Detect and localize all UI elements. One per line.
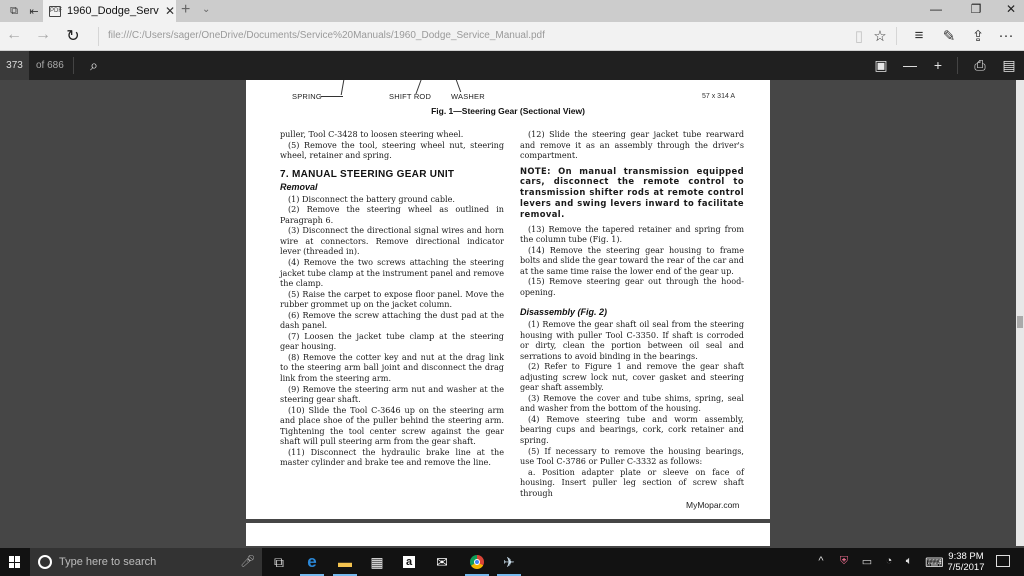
step: (11) Disconnect the hydraulic brake line… [280,447,504,468]
web-note-pen-icon[interactable]: ✎ [939,27,959,45]
paragraph: (5) Remove the tool, steering wheel nut,… [280,140,504,161]
title-bar: ⧉ ⇤ PDF 1960_Dodge_Service_M ✕ + ⌄ — ❐ ✕ [0,0,1024,22]
forward-button[interactable]: → [33,26,53,44]
step: (7) Loosen the jacket tube clamp at the … [280,331,504,352]
pdf-favicon-icon: PDF [49,6,61,17]
start-button[interactable] [0,548,30,576]
step: a. Position adapter plate or sleeve on f… [520,467,744,499]
left-column: puller, Tool C-3428 to loosen steering w… [280,129,504,468]
subsection-heading: Removal [280,182,504,193]
print-icon[interactable]: ⎙ [970,56,990,74]
step: (12) Slide the steering gear jacket tube… [520,129,744,161]
step: (4) Remove the two screws attaching the … [280,257,504,289]
figure-label: SPRING [292,92,322,101]
note-callout: NOTE: On manual transmission equipped ca… [520,166,744,220]
refresh-button[interactable]: ↻ [63,26,83,46]
time: 9:38 PM [946,551,986,562]
step: (6) Remove the screw attaching the dust … [280,310,504,331]
step: (1) Disconnect the battery ground cable. [280,194,504,205]
step: (2) Refer to Figure 1 and remove the gea… [520,361,744,393]
step: (9) Remove the steering arm nut and wash… [280,384,504,405]
step: (14) Remove the steering gear housing to… [520,245,744,277]
step: (3) Disconnect the directional signal wi… [280,225,504,257]
tab-list-chevron-icon[interactable]: ⌄ [202,4,210,15]
scrollbar[interactable] [1016,80,1024,546]
fit-page-icon[interactable]: ▣ [871,56,891,74]
date: 7/5/2017 [946,562,986,573]
step: (15) Remove steering gear out through th… [520,276,744,297]
task-view-icon[interactable]: ⧉ [264,548,294,576]
microphone-icon[interactable]: 🎤︎ [240,554,255,568]
maximize-button[interactable]: ❐ [966,2,986,16]
amazon-icon[interactable]: a [394,548,424,576]
step: (10) Slide the Tool C-3646 up on the ste… [280,405,504,447]
watermark: MyMopar.com [686,500,739,510]
tab-preview-icon[interactable]: ⧉ [6,3,22,19]
right-column: (12) Slide the steering gear jacket tube… [520,129,744,498]
favorite-star-icon[interactable]: ☆ [870,27,890,45]
divider [73,57,74,74]
figure-leader-line [321,96,343,97]
subsection-heading: Disassembly (Fig. 2) [520,307,744,318]
search-icon[interactable]: ⌕ [84,56,104,74]
touch-keyboard-icon[interactable]: ⌨ [925,555,943,571]
taskbar-search-box[interactable]: Type here to search 🎤︎ [30,548,262,576]
step: (4) Remove steering tube and worm assemb… [520,414,744,446]
zoom-in-button[interactable]: + [928,56,948,74]
next-pdf-page [246,523,770,546]
step: (5) If necessary to remove the housing b… [520,446,744,467]
reading-view-icon[interactable]: ▯ [849,27,869,45]
share-icon[interactable]: ⇪ [968,27,988,45]
minimize-button[interactable]: — [926,2,946,16]
tab-pdf[interactable]: PDF 1960_Dodge_Service_M ✕ [43,0,176,22]
address-bar-row: ← → ↻ file:///C:/Users/sager/OneDrive/Do… [0,22,1024,51]
hub-icon[interactable]: ≡ [909,27,929,44]
page-number-input[interactable]: 373 [0,51,29,80]
close-window-button[interactable]: ✕ [1001,2,1021,16]
tab-close-icon[interactable]: ✕ [165,4,175,18]
page-total: of 686 [36,60,64,71]
step: (1) Remove the gear shaft oil seal from … [520,319,744,361]
pdf-viewer[interactable]: SPRING SHIFT ROD WASHER 57 x 314 A Fig. … [0,80,1024,546]
mail-icon[interactable]: ✉ [427,548,457,576]
back-button[interactable]: ← [4,26,24,44]
more-options-icon[interactable]: ··· [996,27,1016,44]
figure-label: SHIFT ROD [389,92,431,101]
store-icon[interactable]: ▦ [362,548,392,576]
clock[interactable]: 9:38 PM 7/5/2017 [946,551,986,573]
chrome-icon[interactable] [462,548,492,576]
figure-leader-line [456,80,461,92]
edge-icon[interactable]: e [297,548,327,576]
save-icon[interactable]: ▤ [999,56,1019,74]
amazon-glyph: a [403,556,415,568]
windows-logo-icon [9,556,21,568]
security-shield-icon[interactable]: ⛨ [835,555,853,568]
figure-leader-line [341,80,345,95]
divider [957,57,958,74]
scrollbar-thumb[interactable] [1017,316,1023,328]
divider [98,27,99,46]
battery-icon[interactable]: ▭ [858,555,876,568]
file-explorer-icon[interactable]: ▬ [330,548,360,576]
figure-label: WASHER [451,92,485,101]
divider [896,27,897,45]
address-input[interactable]: file:///C:/Users/sager/OneDrive/Document… [108,30,545,41]
new-tab-button[interactable]: + [181,1,190,19]
step: (2) Remove the steering wheel as outline… [280,204,504,225]
volume-icon[interactable]: 🔈︎ [900,555,918,568]
set-aside-tabs-icon[interactable]: ⇤ [26,3,42,19]
step: (8) Remove the cotter key and nut at the… [280,352,504,384]
step: (5) Raise the carpet to expose floor pan… [280,289,504,310]
show-hidden-icons-chevron[interactable]: ^ [812,555,830,567]
tab-title: 1960_Dodge_Service_M [67,5,159,17]
step: (13) Remove the tapered retainer and spr… [520,224,744,245]
taskbar: Type here to search 🎤︎ ⧉ e ▬ ▦ a ✉ ✈ ^ ⛨… [0,548,1024,576]
pdf-page: SPRING SHIFT ROD WASHER 57 x 314 A Fig. … [246,80,770,519]
section-heading: 7. MANUAL STEERING GEAR UNIT [280,170,504,181]
wifi-icon[interactable]: ◔ [880,555,898,567]
action-center-icon[interactable] [996,555,1010,567]
other-app-icon[interactable]: ✈ [494,548,524,576]
zoom-out-button[interactable]: — [900,56,920,74]
figure-code: 57 x 314 A [702,93,735,100]
pdf-toolbar: 373 of 686 ⌕ ▣ — + ⎙ ▤ [0,51,1024,80]
search-placeholder: Type here to search [59,556,156,568]
step: (3) Remove the cover and tube shims, spr… [520,393,744,414]
paragraph: puller, Tool C-3428 to loosen steering w… [280,129,504,140]
figure-caption: Fig. 1—Steering Gear (Sectional View) [246,106,770,116]
cortana-icon [38,555,52,569]
